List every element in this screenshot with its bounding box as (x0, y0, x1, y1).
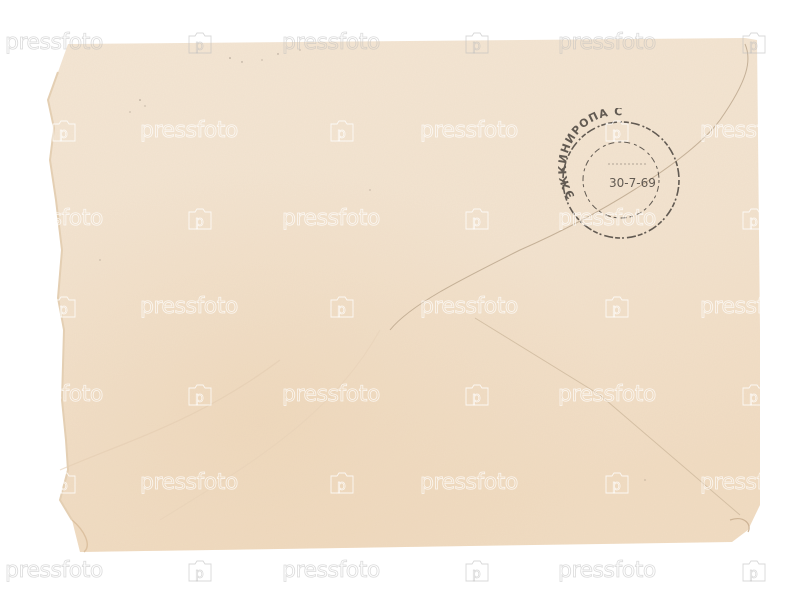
svg-text:p: p (472, 566, 481, 582)
watermark-camera-icon: p (188, 208, 212, 230)
watermark-text: pressfoto (558, 558, 656, 583)
envelope (0, 0, 799, 602)
watermark-text: pressfoto (420, 294, 518, 319)
watermark-camera-icon: p (330, 120, 354, 142)
watermark-text: pressfoto (5, 30, 103, 55)
watermark-camera-icon: p (605, 120, 629, 142)
svg-text:p: p (195, 390, 204, 406)
svg-text:p: p (472, 390, 481, 406)
svg-text:p: p (612, 302, 621, 318)
watermark-text: pressfoto (558, 206, 656, 231)
watermark-camera-icon: p (52, 472, 76, 494)
watermark-text: pressfoto (420, 118, 518, 143)
watermark-text: pressfoto (700, 470, 798, 495)
svg-text:p: p (337, 126, 346, 142)
watermark-camera-icon: p (188, 32, 212, 54)
watermark-camera-icon: p (605, 472, 629, 494)
watermark-camera-icon: p (330, 296, 354, 318)
watermark-text: pressfoto (140, 118, 238, 143)
svg-text:p: p (59, 126, 68, 142)
watermark-camera-icon: p (52, 296, 76, 318)
svg-text:p: p (749, 566, 758, 582)
watermark-camera-icon: p (605, 296, 629, 318)
watermark-text: pressfoto (420, 470, 518, 495)
svg-text:p: p (749, 214, 758, 230)
watermark-camera-icon: p (188, 384, 212, 406)
watermark-text: pressfoto (140, 470, 238, 495)
svg-text:p: p (337, 478, 346, 494)
watermark-camera-icon: p (465, 32, 489, 54)
svg-text:p: p (195, 38, 204, 54)
photo-canvas: ЭЖКИНИРОПА С 30-7-69 pressfotopressfotop… (0, 0, 799, 602)
watermark-text: pressfoto (282, 206, 380, 231)
watermark-camera-icon: p (742, 32, 766, 54)
watermark-text: pressfoto (282, 558, 380, 583)
watermark-camera-icon: p (742, 560, 766, 582)
watermark-text: pressfoto (5, 382, 103, 407)
watermark-text: pressfoto (140, 294, 238, 319)
svg-text:p: p (612, 478, 621, 494)
watermark-text: pressfoto (558, 382, 656, 407)
watermark-camera-icon: p (742, 208, 766, 230)
watermark-camera-icon: p (742, 384, 766, 406)
watermark-text: pressfoto (700, 294, 798, 319)
svg-text:p: p (195, 214, 204, 230)
watermark-camera-icon: p (330, 472, 354, 494)
watermark-camera-icon: p (52, 120, 76, 142)
watermark-text: pressfoto (282, 382, 380, 407)
svg-text:p: p (195, 566, 204, 582)
svg-text:p: p (59, 302, 68, 318)
svg-text:p: p (59, 478, 68, 494)
watermark-text: pressfoto (5, 558, 103, 583)
watermark-text: pressfoto (558, 30, 656, 55)
watermark-text: pressfoto (5, 206, 103, 231)
watermark-camera-icon: p (465, 384, 489, 406)
watermark-text: pressfoto (700, 118, 798, 143)
svg-text:p: p (749, 390, 758, 406)
watermark-text: pressfoto (282, 30, 380, 55)
svg-text:p: p (337, 302, 346, 318)
svg-text:p: p (472, 38, 481, 54)
watermark-camera-icon: p (188, 560, 212, 582)
postmark-date: 30-7-69 (609, 176, 656, 190)
svg-text:p: p (472, 214, 481, 230)
watermark-camera-icon: p (465, 560, 489, 582)
svg-text:p: p (749, 38, 758, 54)
watermark-camera-icon: p (465, 208, 489, 230)
svg-text:p: p (612, 126, 621, 142)
